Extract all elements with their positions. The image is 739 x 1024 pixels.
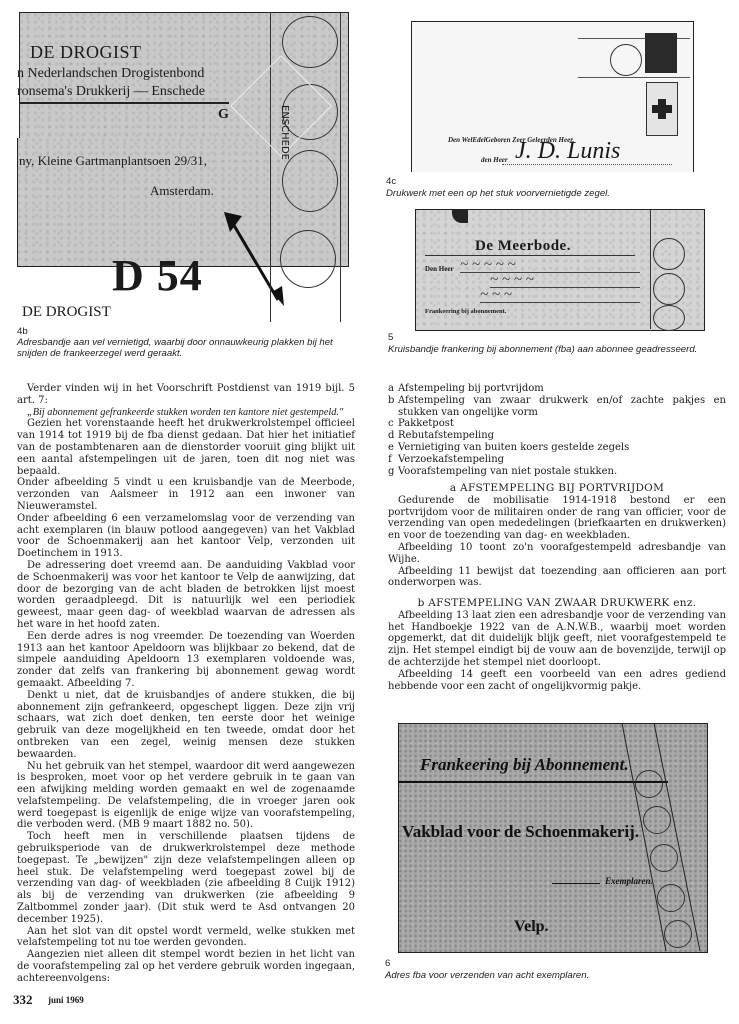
postmark-icon: [664, 920, 692, 948]
paragraph: Toch heeft men in verschillende plaatsen…: [17, 831, 355, 925]
fig6-place: Velp.: [514, 918, 549, 936]
fig4b-strip-line-1: [270, 12, 271, 322]
list-item: gVoorafstempeling van niet postale stukk…: [388, 466, 726, 478]
paragraph: Afbeelding 10 toont zo'n voorafgestempel…: [388, 542, 726, 566]
paragraph: Een derde adres is nog vreemder. De toez…: [17, 631, 355, 690]
paragraph: Onder afbeelding 6 een verzamelomslag vo…: [17, 513, 355, 560]
postmark-icon: [650, 844, 678, 872]
paragraph: Afbeelding 14 geeft een voorbeeld van ee…: [388, 669, 726, 693]
fig5-prefix: Den Heer: [425, 265, 454, 273]
paragraph: Afbeelding 13 laat zien een adresbandje …: [388, 610, 726, 669]
paragraph: Afbeelding 11 bewijst dat toezending aan…: [388, 566, 726, 590]
postmark-icon: [280, 230, 336, 288]
fig5-strip-line-1: [650, 209, 651, 329]
section-b: b AFSTEMPELING VAN ZWAAR DRUKWERK enz. A…: [388, 598, 726, 692]
fig5-rule: [425, 255, 635, 256]
fig4b-line-3: ronsema's Drukkerij — Enschede: [17, 84, 205, 100]
paragraph: De adressering doet vreemd aan. De aandu…: [17, 560, 355, 631]
postmark-icon: [635, 770, 663, 798]
fig5-handwriting: ~ ~ ~ ~ ~ ~ ~ ~ ~ ~ ~ ~: [460, 258, 640, 304]
section-b-heading: b AFSTEMPELING VAN ZWAAR DRUKWERK enz.: [388, 598, 726, 610]
issue-date: juni 1969: [48, 995, 84, 1005]
paragraph: Gedurende de mobilisatie 1914-1918 besto…: [388, 495, 726, 542]
fig4b-line-1: DE DROGIST: [30, 42, 142, 63]
postmark-icon: [282, 16, 338, 68]
fig4b-footer-text: DE DROGIST: [22, 304, 111, 321]
fig5-title: De Meerbode.: [475, 238, 571, 255]
fig4b-line-2: n Nederlandschen Drogistenbond: [17, 66, 204, 82]
fig6-subtitle: Vakblad voor de Schoenmakerij.: [402, 822, 639, 842]
paragraph: Denkt u niet, dat de kruisbandjes of and…: [17, 690, 355, 761]
fig6-stamp-strip: [618, 723, 706, 951]
fig4b-line-6: Amsterdam.: [150, 183, 214, 199]
postmark-icon: [610, 44, 642, 76]
stamp-icon: [645, 33, 677, 73]
stamp-icon: [646, 82, 678, 136]
paragraph: Nu het gebruik van het stempel, waardoor…: [17, 761, 355, 832]
section-a-heading: a AFSTEMPELING BIJ PORTVRIJDOM: [388, 483, 726, 495]
topic-list: aAfstempeling bij portvrijdom bAfstempel…: [388, 383, 726, 477]
page-number: 332: [13, 992, 33, 1008]
postmark-icon: [653, 238, 685, 270]
list-item: cPakketpost: [388, 418, 726, 430]
fig4c-recipient-prefix: den Heer: [481, 156, 508, 164]
figure-6-label: 6: [385, 958, 390, 969]
postmark-icon: [653, 273, 685, 305]
fig4b-line-5: ny, Kleine Gartmanplantsoen 29/31,: [19, 153, 207, 169]
paragraph: Verder vinden wij in het Voorschrift Pos…: [17, 383, 355, 407]
figure-5-label: 5: [388, 332, 393, 343]
postmark-icon: [653, 305, 685, 331]
section-a: a AFSTEMPELING BIJ PORTVRIJDOM Gedurende…: [388, 483, 726, 589]
fig4b-strip-line-2: [340, 12, 341, 322]
list-item: eVernietiging van buiten koers gestelde …: [388, 442, 726, 454]
list-item: fVerzoekafstempeling: [388, 454, 726, 466]
figure-6-caption: Adres fba voor verzenden van acht exempl…: [385, 970, 730, 981]
figure-4b-label: 4b: [17, 326, 28, 337]
fig4b-rule: [19, 102, 229, 104]
list-item: aAfstempeling bij portvrijdom: [388, 383, 726, 395]
fig5-footer: Frankeering bij abonnement.: [425, 308, 506, 315]
quote: „Bij abonnement gefrankeerde stukken wor…: [17, 407, 355, 419]
figure-4c-caption: Drukwerk met een op het stuk voorverniet…: [386, 188, 726, 199]
fig4b-stamp-text: ENSCHEDE: [279, 105, 290, 160]
paragraph: Onder afbeelding 5 vindt u een kruisband…: [17, 477, 355, 512]
figure-4c-label: 4c: [386, 176, 396, 187]
paragraph: Aan het slot van dit opstel wordt vermel…: [17, 926, 355, 950]
postmark-icon: [282, 150, 338, 212]
postmark-icon: [657, 884, 685, 912]
fig4c-recipient-handwritten: J. D. Lunis: [515, 138, 620, 165]
paragraph: Gezien het vorenstaande heeft het drukwe…: [17, 418, 355, 477]
fig6-title: Frankeering bij Abonnement.: [420, 755, 629, 775]
fig4b-code: D 54: [112, 254, 203, 298]
left-column-text: Verder vinden wij in het Voorschrift Pos…: [17, 383, 355, 985]
figure-4b-caption: Adresbandje aan vel vernietigd, waarbij …: [17, 337, 357, 359]
postmark-icon: [643, 806, 671, 834]
figure-5-caption: Kruisbandje frankering bij abonnement (f…: [388, 344, 733, 355]
fig6-count-line: [552, 883, 600, 884]
list-item: bAfstempeling van zwaar drukwerk en/of z…: [388, 395, 726, 419]
list-item: dRebutafstempeling: [388, 430, 726, 442]
fig4b-line-4: G: [218, 107, 229, 123]
paragraph: Aangezien niet alleen dit stempel wordt …: [17, 949, 355, 984]
